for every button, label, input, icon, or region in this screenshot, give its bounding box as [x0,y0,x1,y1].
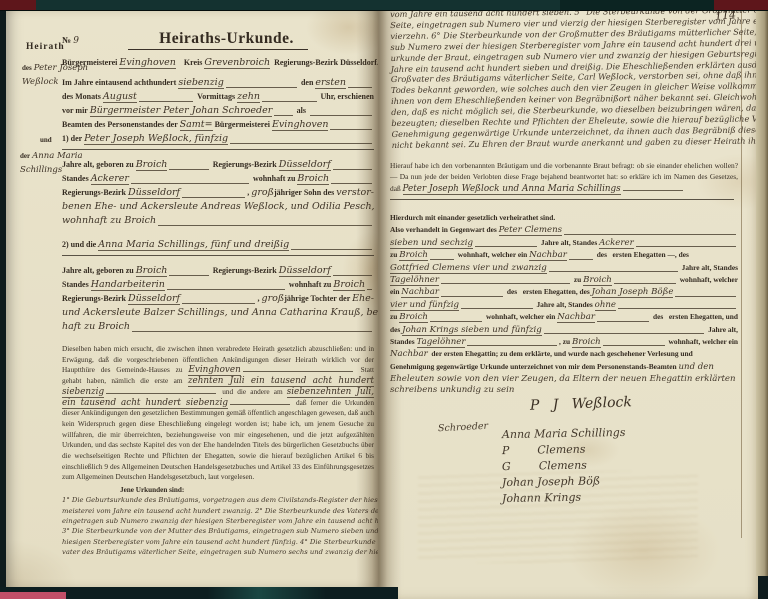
handwritten-entry: Ackerer [91,173,129,185]
form-line: 1) der Peter Joseph Weßlock, fünfzig [62,133,374,147]
form-line: des Monats August Vormittags zehn Uhr, e… [62,91,374,105]
blank-rule [230,403,290,405]
handwritten-entry: Broich [583,275,612,286]
groom-signature: P J Weßlock [530,394,632,414]
printed-text: wohnhaft, welcher ein [456,250,529,259]
blank-rule [614,282,676,284]
handwritten-entry: vier und fünfzig [390,300,459,311]
blank-rule [131,182,249,184]
groom-block: Jahre alt, geboren zu Broich Regierungs-… [62,159,374,229]
handwritten-entry: siebenzig [178,77,223,89]
blank-rule [675,295,736,297]
printed-text: Genehmigung gegenwärtige Urkunde unterze… [390,362,679,371]
handwritten-line: meisterei vom Jahre ein tausend acht hun… [62,506,374,516]
book-cover-pink-corner [0,592,66,599]
handwritten-line: Eheleuten sowie von den vier Zeugen, da … [390,374,738,385]
printed-text: Jahre alt, Standes [535,300,595,309]
handwritten-entry: Peter Joseph Weßlock, fünfzig [84,133,228,145]
left-page: Heirath desPeter Joseph Weßlock und derA… [6,10,378,588]
handwritten-entry: Broich [399,250,428,261]
form-line: zu Broich wohnhaft, welcher ein Nachbar … [390,312,738,324]
handwritten-entry: Johan Joseph Böße [592,287,674,298]
handwritten-entry: Johan Krings sieben und fünfzig [402,325,542,336]
handwritten-entry: Broich [333,279,365,291]
blank-rule [139,100,194,102]
printed-text: wohnhaft zu [287,280,333,289]
blank-rule [618,307,736,309]
printed-text: Hierdurch mit einander gesetzlich verhei… [390,213,555,222]
form-line: Beamten des Personenstandes der Samt= Bü… [62,119,374,133]
form-line: Standes Tagelöhner, zu Broich wohnhaft, … [390,337,738,349]
stacked-page-edges [756,6,768,576]
printed-text: des [390,325,402,334]
printed-text: jähriger Sohn des [274,188,336,197]
handwritten-entry: Ackerer [599,238,634,249]
form-line: Gottfried Clemens vier und zwanzig Jahre… [390,263,738,275]
form-line: wohnhaft zu Broich [62,215,374,229]
blank-rule [333,168,372,170]
printed-text: zu [572,275,583,284]
blank-rule [475,245,537,247]
bride-intro-line: 2) und die Anna Maria Schillings, fünf u… [62,239,374,253]
handwritten-entry: Anna Maria Schillings, fünf und dreißig [98,239,289,251]
consent-paragraph: Hierauf habe ich den vorbenannten Bräuti… [390,160,738,195]
blank-rule [331,182,372,184]
printed-text: des ersten Ehegatten —, des [595,250,689,259]
handwritten-entry: Broich [297,173,329,185]
blank-rule [430,258,454,260]
margin-bride-name-2: Schillings [20,165,62,175]
blank-rule [348,86,372,88]
blank-rule [441,295,503,297]
form-line: Jahre alt, geboren zu Broich Regierungs-… [62,159,374,173]
form-line: Nachbar der ersten Ehegattin; zu dem erk… [390,349,738,361]
form-line: Also verhandelt in Gegenwart des Peter C… [390,225,738,237]
blank-rule [182,196,245,198]
form-line: 2) und die Anna Maria Schillings, fünf u… [62,239,374,253]
form-line: zu Broich wohnhaft, welcher ein Nachbar … [390,250,738,262]
handwritten-entry: zehn [237,91,260,103]
printed-text: 2) und die [62,240,98,249]
form-line: Standes Ackerer wohnhaft zu Broich [62,173,374,187]
blank-rule [158,224,372,226]
blank-rule [310,114,372,116]
title-rule [128,49,308,50]
handwritten-entry: groß [251,187,274,198]
printed-text: wohnhaft, welcher ein [667,337,738,346]
margin-groom-name-2: Weßlock [22,77,59,87]
margin-column: Heirath desPeter Joseph Weßlock und derA… [14,10,68,588]
handwritten-entry: Handarbeiterin [91,279,165,291]
handwritten-line: eingetragen sub Numero zwanzig der hiesi… [62,516,374,526]
handwritten-entry: Evinghoven [119,57,176,69]
margin-groom-prefix: des [22,64,32,72]
handwritten-entry: Tagelöhner [417,337,466,348]
bride-block: Jahre alt, geboren zu Broich Regierungs-… [62,265,374,335]
handwritten-entry: Ehe- [352,293,374,304]
printed-text: Jahre alt, Standes [680,263,738,272]
printed-text: des ersten Ehegatten, und [651,312,738,321]
consent-rule [390,199,734,200]
blank-rule [603,344,665,346]
handwritten-entry: groß [261,293,284,304]
intro-block: Im Jahre eintausend achthundert siebenzi… [62,77,374,147]
printed-text: ein [390,287,401,296]
handwritten-entry: Nachbar [401,287,439,298]
marriage-declaration-block: Hierdurch mit einander gesetzlich verhei… [390,213,738,374]
form-line: Regierungs-Bezirk Düsseldorf, großjährig… [62,293,374,307]
printed-text: Im Jahre eintausend achthundert [62,78,178,87]
handwritten-entry: Nachbar [390,349,428,359]
printed-text: als [295,106,308,115]
handwritten-entry: Nachbar [557,312,595,323]
handwritten-entry: Peter Clemens [499,225,562,236]
handwritten-entry: und Ackersleute Balzer Schillings, und A… [62,307,425,318]
handwritten-entry: Broich [136,265,168,277]
handwritten-entry: Tagelöhner [390,275,439,286]
printed-text: wohnhaft zu [251,174,297,183]
blank-rule [132,330,372,332]
blank-rule [597,320,649,322]
handwritten-entry: Broich [572,337,601,348]
printed-text: und die andere am [218,387,287,396]
form-line: Genehmigung gegenwärtige Urkunde unterze… [390,362,738,374]
margin-bride-prefix: der [20,152,30,160]
form-line: Bürgermeisterei Evinghoven Kreis Grevenb… [62,57,374,71]
right-page: 114 vom Jahre ein tausend acht hundert s… [378,3,758,599]
margin-heading: Heirath [26,42,65,52]
printed-text: jährige Tochter der [284,294,352,303]
printed-text: Jahre alt, geboren zu [62,160,136,169]
margin-groom-row2: Weßlock [22,76,59,87]
printed-text: der ersten Ehegattin; zu dem erklärte, u… [428,349,693,358]
handwritten-entry: Gottfried Clemens vier und zwanzig [390,263,547,274]
printed-text: Bürgermeisterei [213,120,272,129]
printed-text: daß ferner die Urkunden dieser Ankündigu… [62,398,374,482]
blank-rule [243,370,353,372]
margin-connector: und [40,136,52,144]
handwritten-line: vater des Bräutigams väterlicher Seite, … [62,547,374,557]
printed-text: den [299,78,315,87]
printed-text: Jahre alt, Standes [539,238,599,247]
blank-rule [461,307,533,309]
handwritten-line: Johann Krings [502,489,626,507]
blank-rule [467,344,557,346]
form-line: Standes Handarbeiterin wohnhaft zu Broic… [62,279,374,293]
handwritten-entry: Broich [136,159,168,171]
handwritten-entry: Peter Joseph Weßlock und Anna Maria Schi… [403,184,621,195]
printed-text: Jahre alt, [706,325,738,334]
official-signature: Schroeder [438,421,489,435]
printed-text: Standes [62,174,91,183]
handwritten-line: 3° Die Sterbeurkunde von der Mutter des … [62,526,374,536]
form-header: № 9 Heiraths-Urkunde. [62,30,374,48]
printed-text: Regierungs-Bezirk [62,188,128,197]
blank-rule [167,288,285,290]
printed-text: wohnhaft, welcher ein [484,312,557,321]
form-line: Tagelöhner zu Broich wohnhaft, welcher [390,275,738,287]
blank-rule [262,100,317,102]
form-line: vor mir Bürgermeister Peter Johan Schroe… [62,105,374,119]
handwritten-entry: sieben und sechzig [390,238,473,249]
closing-statement: Eheleuten sowie von den vier Zeugen, da … [390,374,738,396]
printed-text: vor mir [62,106,90,115]
blank-rule [564,233,736,235]
handwritten-entry: wohnhaft zu Broich [62,215,156,226]
right-column: vom Jahre ein tausend acht hundert siebe… [390,9,738,516]
printed-text: Standes [390,337,417,346]
section-rule [62,255,374,256]
blank-rule [367,288,372,290]
blank-rule [169,274,208,276]
form-line: sieben und sechzig Jahre alt, Standes Ac… [390,238,738,250]
handwritten-entry: Nachbar [529,250,567,261]
printed-text: Uhr, erschienen [319,92,374,101]
form-line: haft zu Broich [62,321,374,335]
blank-rule [544,332,705,334]
handwritten-entry: ersten [315,77,346,89]
printed-text: Regierungs-Bezirk Düsseldorf. [270,58,379,67]
handwritten-entry: Bürgermeister Peter Johan Schroeder [90,105,273,117]
admin-line: Bürgermeisterei Evinghoven Kreis Grevenb… [62,57,374,71]
printed-text: Beamten des Personenstandes der [62,120,180,129]
book-cover-top-edge [0,0,768,11]
continuation-text: vom Jahre ein tausend acht hundert siebe… [390,5,740,151]
blank-rule [569,258,593,260]
handwritten-entry: ohne [595,300,616,311]
form-line: Hierdurch mit einander gesetzlich verhei… [390,213,738,225]
blank-rule [182,302,255,304]
form-line: Regierungs-Bezirk Düsseldorf, großjährig… [62,187,374,201]
section-rule [62,149,374,150]
printed-text: Standes [62,280,91,289]
form-line: des Johan Krings sieben und fünfzig Jahr… [390,325,738,337]
printed-text: wohnhaft, welcher [678,275,738,284]
handwritten-entry: Samt= [180,119,213,131]
printed-text: Bürgermeisterei [62,58,119,67]
printed-text: Vormittags [195,92,237,101]
handwritten-entry: August [103,91,137,103]
blank-rule [291,248,372,250]
blank-rule [274,114,292,116]
printed-text: Regierungs-Bezirk [211,266,279,275]
blank-rule [169,168,208,170]
handwritten-entry: Grevenbroich [204,57,270,69]
certificate-title: Heiraths-Urkunde. [79,30,374,48]
form-line: vier und fünfzig Jahre alt, Standes ohne [390,300,738,312]
handwritten-entry: und den [679,362,714,372]
blank-rule [430,320,482,322]
margin-bride-row2: Schillings [20,164,62,175]
printed-text: 1) der [62,134,84,143]
printed-text: Regierungs-Bezirk [211,160,279,169]
blank-rule [230,142,372,144]
documents-heading: Jene Urkunden sind: [120,486,374,494]
blank-rule [441,282,570,284]
printed-text: zu [390,312,399,321]
printed-text: , zu [559,337,572,346]
handwritten-line: 1° Die Geburtsurkunde des Bräutigams, vo… [62,495,374,505]
blank-rule [226,86,297,88]
form-line: benen Ehe- und Ackersleute Andreas Weßlo… [62,201,374,215]
handwritten-entry: haft zu Broich [62,321,130,332]
handwritten-entry: Düsseldorf [279,159,331,171]
blank-rule [549,270,678,272]
announcement-paragraph: Dieselben haben mich ersucht, die zwisch… [62,344,374,483]
signature-block: P J Weßlock Schroeder Anna Maria Schilli… [390,396,738,516]
printed-text: Also verhandelt in Gegenwart des [390,225,499,234]
handwritten-entry: Evinghoven [272,119,329,131]
blank-rule [330,128,372,130]
handwritten-entry: Düsseldorf [279,265,331,277]
blank-rule [636,245,736,247]
blank-rule [106,392,216,394]
printed-text: Jahre alt, geboren zu [62,266,136,275]
printed-text: Kreis [180,58,205,67]
printed-text: des Monats [62,92,103,101]
blank-rule [333,274,372,276]
printed-text: Regierungs-Bezirk [62,294,128,303]
form-line: und Ackersleute Balzer Schillings, und A… [62,307,374,321]
handwritten-entry: verstor- [336,187,374,198]
handwritten-entry: Düsseldorf [128,293,180,305]
handwritten-line: schreibens unkundig zu sein [390,385,738,396]
form-line: ein Nachbar des ersten Ehegatten, des Jo… [390,287,738,299]
witness-signatures: Anna Maria SchillingsP ClemensG ClemensJ… [502,426,625,506]
form-line: Jahre alt, geboren zu Broich Regierungs-… [62,265,374,279]
blank-rule [623,189,683,191]
documents-list: 1° Die Geburtsurkunde des Bräutigams, vo… [62,495,374,557]
certificate-number-label: № [62,35,73,45]
handwritten-entry: Broich [399,312,428,323]
handwritten-entry: Düsseldorf [128,187,180,199]
handwritten-line: hiesigen Sterberegister vom Jahre ein ta… [62,537,374,547]
handwritten-entry: Evinghoven [188,365,240,376]
form-line: Im Jahre eintausend achthundert siebenzi… [62,77,374,91]
printed-text: zu [390,250,399,259]
printed-text: des ersten Ehegatten, des [505,287,592,296]
form-column: № 9 Heiraths-Urkunde. Bürgermeisterei Ev… [62,30,374,558]
